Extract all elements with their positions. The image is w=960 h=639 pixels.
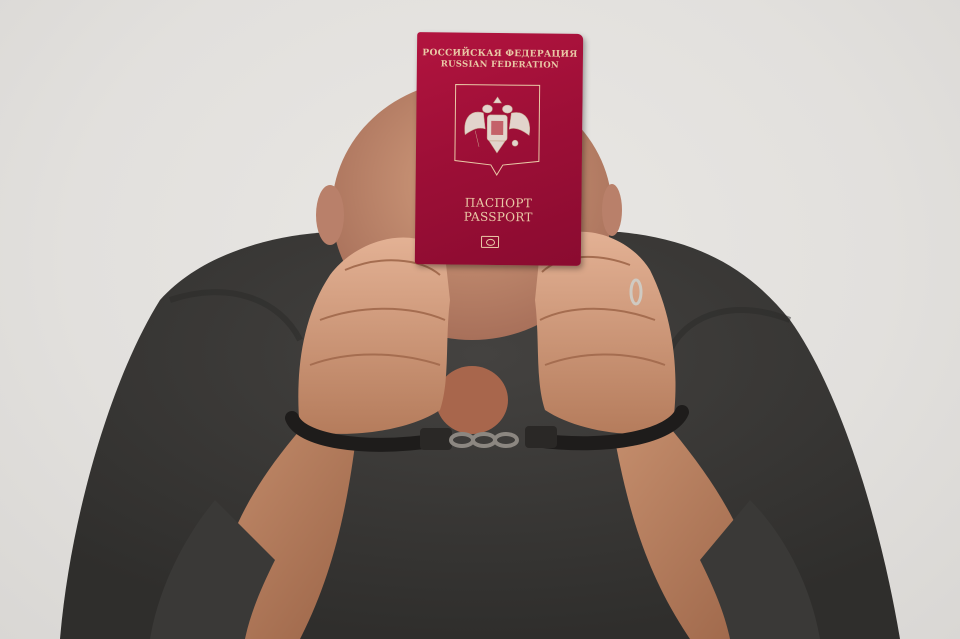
passport: РОССИЙСКАЯ ФЕДЕРАЦИЯ RUSSIAN FEDERATION … [415,32,583,266]
coat-of-arms-icon [453,83,542,180]
passport-title-en: PASSPORT [415,209,581,225]
passport-country-ru: РОССИЙСКАЯ ФЕДЕРАЦИЯ [417,48,583,60]
photo-scene: РОССИЙСКАЯ ФЕДЕРАЦИЯ RUSSIAN FEDERATION … [0,0,960,639]
biometric-chip-icon [481,236,499,248]
passport-country-en: RUSSIAN FEDERATION [417,59,583,71]
